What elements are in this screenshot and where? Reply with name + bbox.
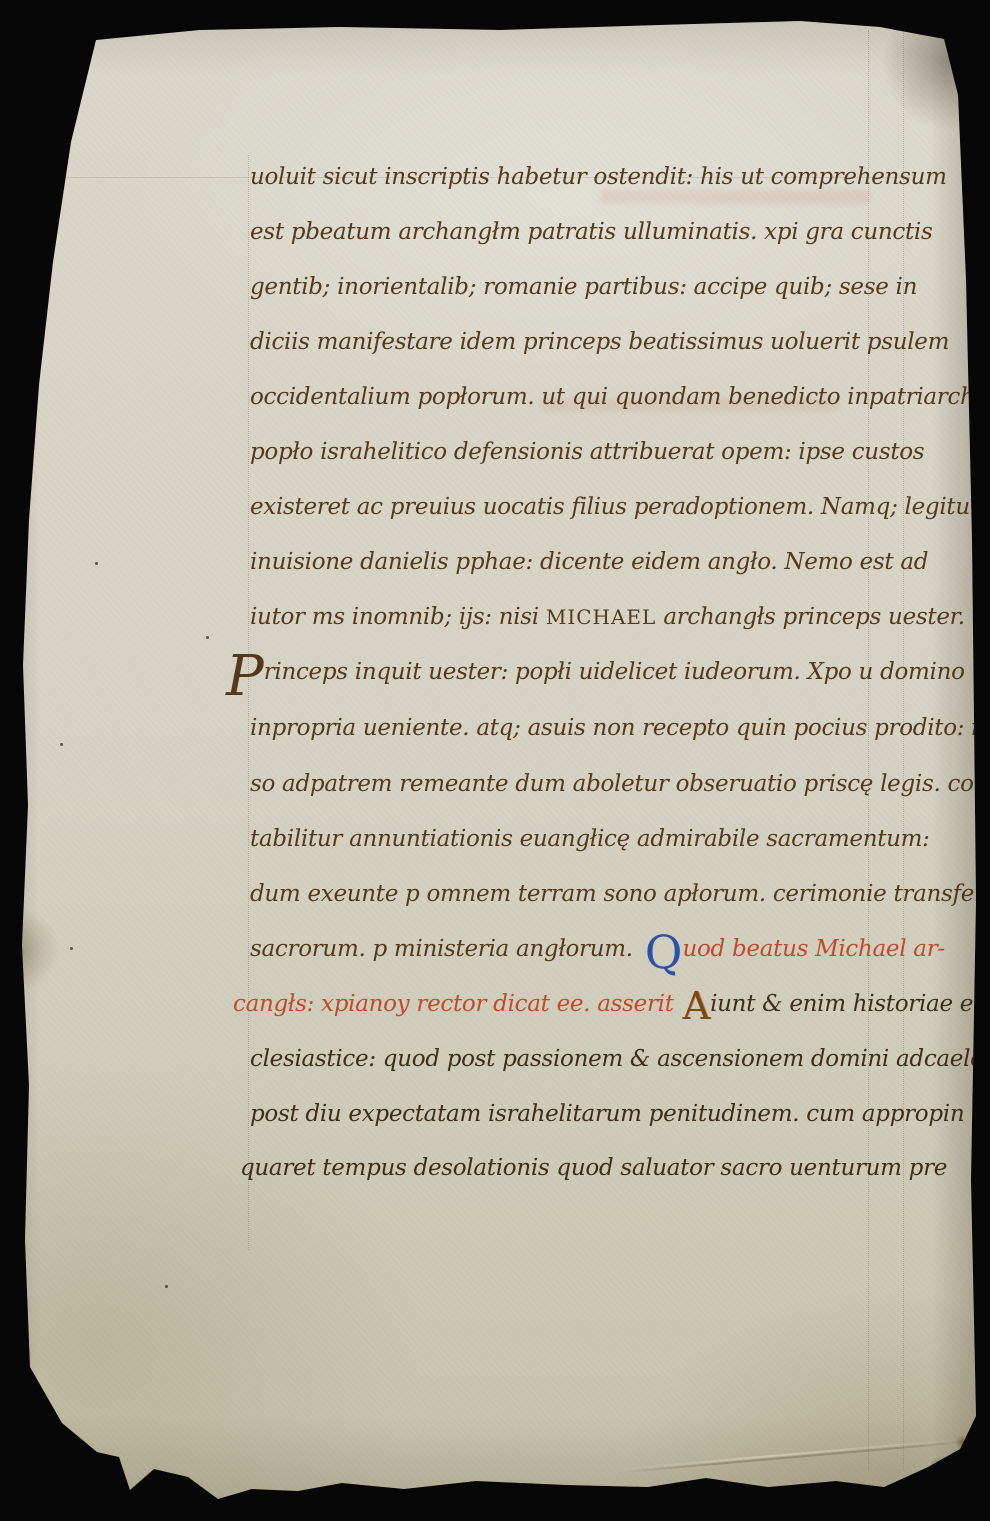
ink-speck xyxy=(60,743,63,746)
text-segment: uoluit sicut inscriptis habetur ostendit… xyxy=(250,164,947,190)
manuscript-line: tabilitur annuntiationis euangłicę admir… xyxy=(250,824,930,854)
text-segment: est pbeatum archangłm patratis ulluminat… xyxy=(250,219,933,245)
manuscript-line: dum exeunte p omnem terram sono apłorum.… xyxy=(250,879,990,909)
ink-speck xyxy=(206,636,209,639)
parchment-page: uoluit sicut inscriptis habetur ostendit… xyxy=(0,0,990,1521)
text-segment: rinceps inquit uester: popłi uidelicet i… xyxy=(264,659,965,685)
manuscript-line: Princeps inquit uester: popłi uidelicet … xyxy=(226,657,965,692)
text-segment: iunt & enim historiae ec xyxy=(710,991,986,1017)
text-segment: iutor ms inomnib; ijs: nisi xyxy=(250,604,539,630)
text-segment: archangłs princeps uester. xyxy=(663,604,965,630)
text-segment: existeret ac preuius uocatis filius pera… xyxy=(250,494,981,520)
manuscript-line: diciis manifestare idem princeps beatiss… xyxy=(250,327,949,357)
rubric-text: cangłs: xpianoy rector dicat ee. asserit xyxy=(233,991,674,1017)
ink-speck xyxy=(70,947,73,950)
initial-p: P xyxy=(226,644,264,709)
manuscript-line: cangłs: xpianoy rector dicat ee. asserit… xyxy=(233,989,986,1021)
text-segment: so adpatrem remeante dum aboletur obseru… xyxy=(250,771,990,797)
text-segment: tabilitur annuntiationis euangłicę admir… xyxy=(250,826,930,852)
text-segment: clesiastice: quod post passionem & ascen… xyxy=(250,1046,990,1072)
text-segment: diciis manifestare idem princeps beatiss… xyxy=(250,329,949,355)
text-segment: inpropria ueniente. atq; asuis non recep… xyxy=(250,715,990,741)
manuscript-line: iutor ms inomnib; ijs: nisiMICHAELarchan… xyxy=(250,602,965,632)
text-segment: post diu expectatam israhelitarum penitu… xyxy=(250,1101,964,1127)
michael-capitals: MICHAEL xyxy=(546,605,656,629)
manuscript-line: sacrorum. p ministeria angłorum.Quod bea… xyxy=(250,934,945,967)
manuscript-line: est pbeatum archangłm patratis ulluminat… xyxy=(250,217,933,247)
text-segment: popło israhelitico defensionis attribuer… xyxy=(250,439,924,465)
show-through-mark xyxy=(600,190,870,204)
text-segment: occidentalium popłorum. ut qui quondam b… xyxy=(250,384,990,410)
text-segment: gentib; inorientalib; romanie partibus: … xyxy=(250,274,917,300)
text-segment: quaret tempus desolationis quod saluator… xyxy=(240,1155,947,1181)
manuscript-line: clesiastice: quod post passionem & ascen… xyxy=(250,1044,990,1074)
manuscript-line: existeret ac preuius uocatis filius pera… xyxy=(250,492,981,522)
text-segment: sacrorum. p ministeria angłorum. xyxy=(250,936,633,962)
text-segment: inuisione danielis pphae: dicente eidem … xyxy=(250,549,928,575)
stain-bottom-right xyxy=(850,1408,990,1508)
text-segment: dum exeunte p omnem terram sono apłorum.… xyxy=(250,881,990,907)
manuscript-line: popło israhelitico defensionis attribuer… xyxy=(250,437,924,467)
manuscript-line: post diu expectatam israhelitarum penitu… xyxy=(250,1099,964,1129)
manuscript-line: inpropria ueniente. atq; asuis non recep… xyxy=(250,713,990,743)
rubric-text: uod beatus Michael ar- xyxy=(682,936,944,962)
initial-a: A xyxy=(683,984,710,1028)
manuscript-line: so adpatrem remeante dum aboletur obseru… xyxy=(250,769,990,799)
manuscript-line: inuisione danielis pphae: dicente eidem … xyxy=(250,547,928,577)
ink-speck xyxy=(95,562,98,565)
manuscript-line: quaret tempus desolationis quod saluator… xyxy=(240,1153,947,1183)
manuscript-photo: uoluit sicut inscriptis habetur ostendit… xyxy=(0,0,990,1521)
initial-q-blue: Q xyxy=(645,925,683,979)
manuscript-line: uoluit sicut inscriptis habetur ostendit… xyxy=(250,162,947,192)
manuscript-line: occidentalium popłorum. ut qui quondam b… xyxy=(250,382,990,412)
ink-speck xyxy=(165,1285,168,1288)
manuscript-line: gentib; inorientalib; romanie partibus: … xyxy=(250,272,917,302)
